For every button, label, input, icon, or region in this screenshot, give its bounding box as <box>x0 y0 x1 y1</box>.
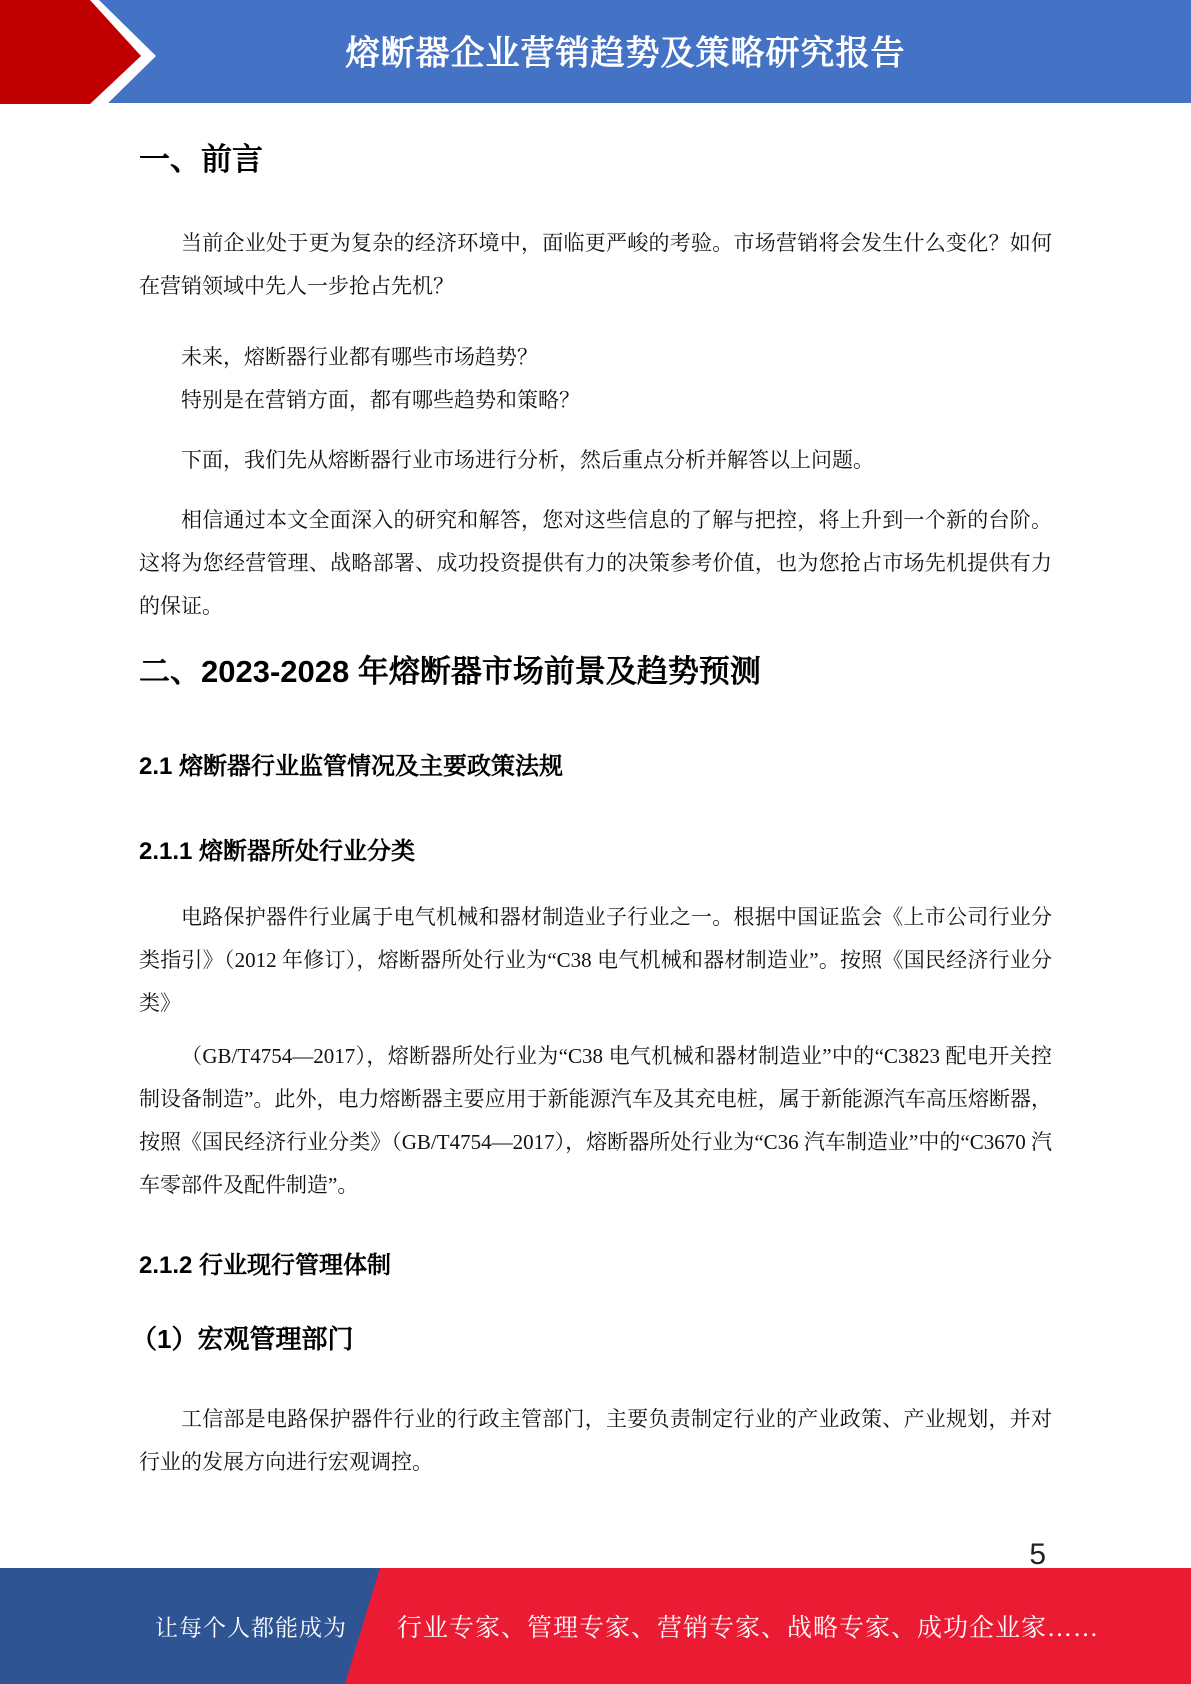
report-title: 熔断器企业营销趋势及策略研究报告 <box>0 25 1191 74</box>
heading-industry-classification: 2.1.1 熔断器所处行业分类 <box>139 835 1052 868</box>
page-footer: 让每个人都能成为 行业专家、管理专家、营销专家、战略专家、成功企业家…… <box>0 1568 1191 1684</box>
paragraph-value-proposition: 相信通过本文全面深入的研究和解答，您对这些信息的了解与把控，将上升到一个新的台阶… <box>139 499 1052 628</box>
paragraph-miit: 工信部是电路保护器件行业的行政主管部门，主要负责制定行业的产业政策、产业规划，并… <box>139 1398 1052 1484</box>
paragraph-classification-1: 电路保护器件行业属于电气机械和器材制造业子行业之一。根据中国证监会《上市公司行业… <box>139 896 1052 1025</box>
heading-regulation: 2.1 熔断器行业监管情况及主要政策法规 <box>139 750 1052 783</box>
heading-market-forecast: 二、2023-2028 年熔断器市场前景及趋势预测 <box>139 652 1052 692</box>
page-number: 5 <box>139 1538 1052 1572</box>
paragraph-future-trends: 未来，熔断器行业都有哪些市场趋势？ <box>139 336 1052 379</box>
paragraph-marketing-strategies: 特别是在营销方面，都有哪些趋势和策略？ <box>139 379 1052 422</box>
heading-preface: 一、前言 <box>139 140 1052 180</box>
footer-slogan-right: 行业专家、管理专家、营销专家、战略专家、成功企业家…… <box>397 1608 1099 1644</box>
heading-management-system: 2.1.2 行业现行管理体制 <box>139 1249 1052 1282</box>
paragraph-classification-2: （GB/T4754—2017），熔断器所处行业为“C38 电气机械和器材制造业”… <box>139 1035 1052 1207</box>
document-page: 熔断器企业营销趋势及策略研究报告 一、前言 当前企业处于更为复杂的经济环境中，面… <box>0 0 1191 1684</box>
paragraph-economy: 当前企业处于更为复杂的经济环境中，面临更严峻的考验。市场营销将会发生什么变化？如… <box>139 222 1052 308</box>
paragraph-analysis-intro: 下面，我们先从熔断器行业市场进行分析，然后重点分析并解答以上问题。 <box>139 439 1052 482</box>
heading-macro-management: （1）宏观管理部门 <box>131 1322 1052 1356</box>
page-header-banner: 熔断器企业营销趋势及策略研究报告 <box>0 0 1191 103</box>
document-body: 一、前言 当前企业处于更为复杂的经济环境中，面临更严峻的考验。市场营销将会发生什… <box>0 103 1191 1572</box>
footer-slogan-left: 让每个人都能成为 <box>0 1610 347 1643</box>
